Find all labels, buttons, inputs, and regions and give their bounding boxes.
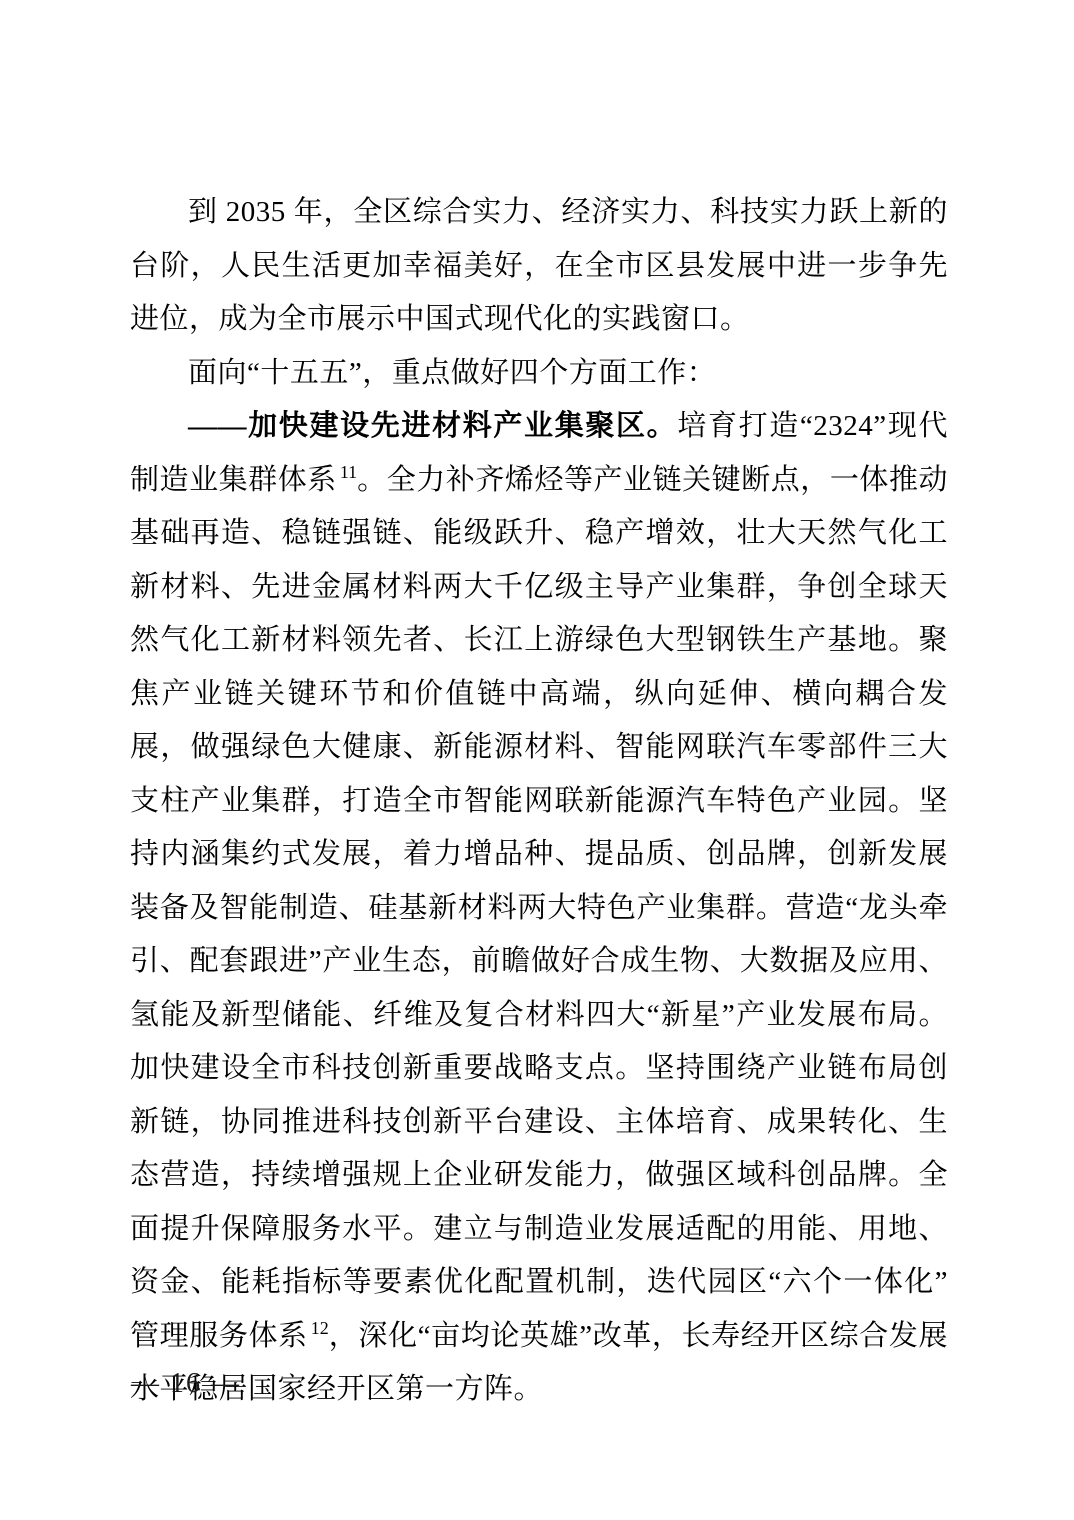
paragraph-2035-goals: 到 2035 年，全区综合实力、经济实力、科技实力跃上新的台阶，人民生活更加幸福… [130, 186, 948, 347]
page-number: — 16 — [131, 1368, 241, 1400]
paragraph-lead-bold: ——加快建设先进材料产业集聚区。 [188, 410, 677, 442]
footnote-ref-12: 12 [311, 1318, 329, 1338]
document-page: 到 2035 年，全区综合实力、经济实力、科技实力跃上新的台阶，人民生活更加幸福… [0, 0, 1074, 1520]
document-text-block: 到 2035 年，全区综合实力、经济实力、科技实力跃上新的台阶，人民生活更加幸福… [130, 186, 948, 1417]
footnote-ref-11: 11 [340, 462, 357, 482]
paragraph-advanced-materials-cluster: ——加快建设先进材料产业集聚区。培育打造“2324”现代制造业集群体系11。全力… [130, 400, 948, 1417]
paragraph-four-tasks-intro: 面向“十五五”，重点做好四个方面工作： [130, 347, 948, 401]
paragraph-text-segment-2: 。全力补齐烯烃等产业链关键断点，一体推动基础再造、稳链强链、能级跃升、稳产增效，… [130, 464, 948, 1352]
